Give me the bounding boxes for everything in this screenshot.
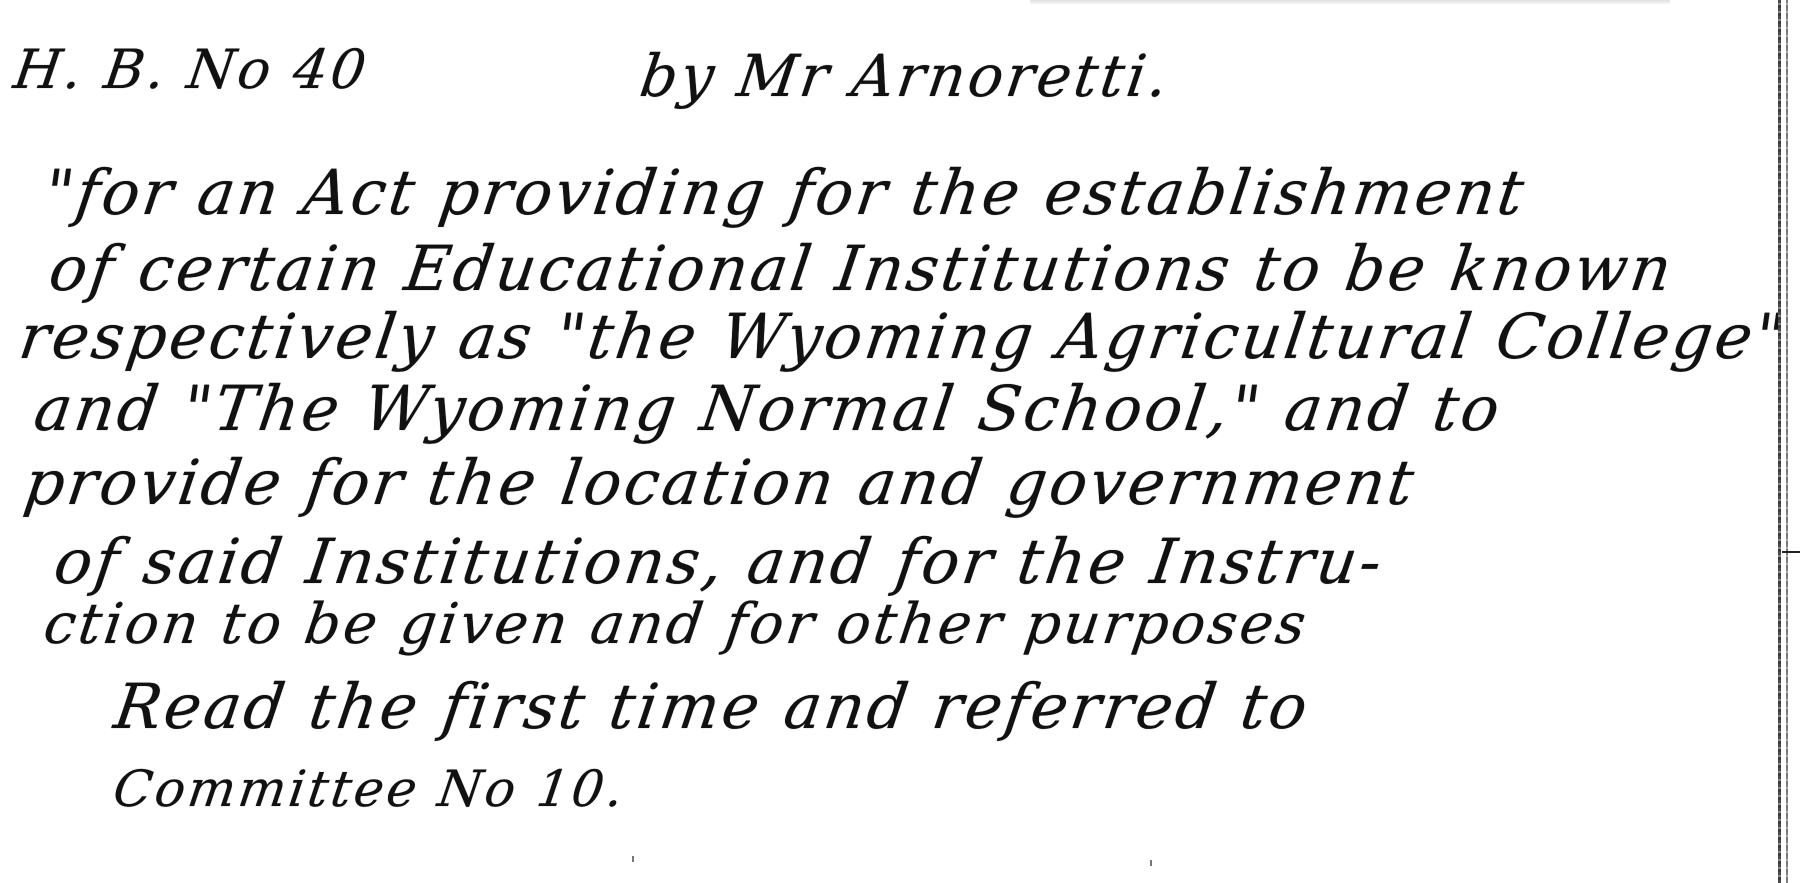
scanned-journal-page: H. B. No 40 by Mr Arnoretti. "for an Act… [0, 0, 1800, 883]
margin-hyphen-mark [1782, 551, 1800, 553]
margin-rule-left [1778, 0, 1781, 883]
text-line-2: of certain Educational Institutions to b… [45, 232, 1679, 305]
action-line-read: Read the first time and referred to [110, 670, 1315, 743]
action-line-committee: Committee No 10. [110, 760, 630, 818]
text-line-7: ction to be given and for other purposes [40, 592, 1313, 657]
scan-edge-artifact [1030, 0, 1670, 4]
scan-speck [1150, 860, 1152, 866]
text-line-4: and "The Wyoming Normal School," and to [30, 372, 1507, 445]
text-line-5: provide for the location and government [20, 446, 1421, 519]
bill-number: H. B. No 40 [10, 38, 373, 101]
bill-sponsor: by Mr Arnoretti. [636, 42, 1175, 110]
scan-speck [632, 856, 634, 862]
text-line-6: of said Institutions, and for the Instru… [50, 525, 1389, 598]
text-line-1: "for an Act providing for the establishm… [40, 156, 1531, 229]
text-line-3: respectively as "the Wyoming Agricultura… [15, 300, 1792, 373]
margin-rule-right [1786, 0, 1788, 883]
